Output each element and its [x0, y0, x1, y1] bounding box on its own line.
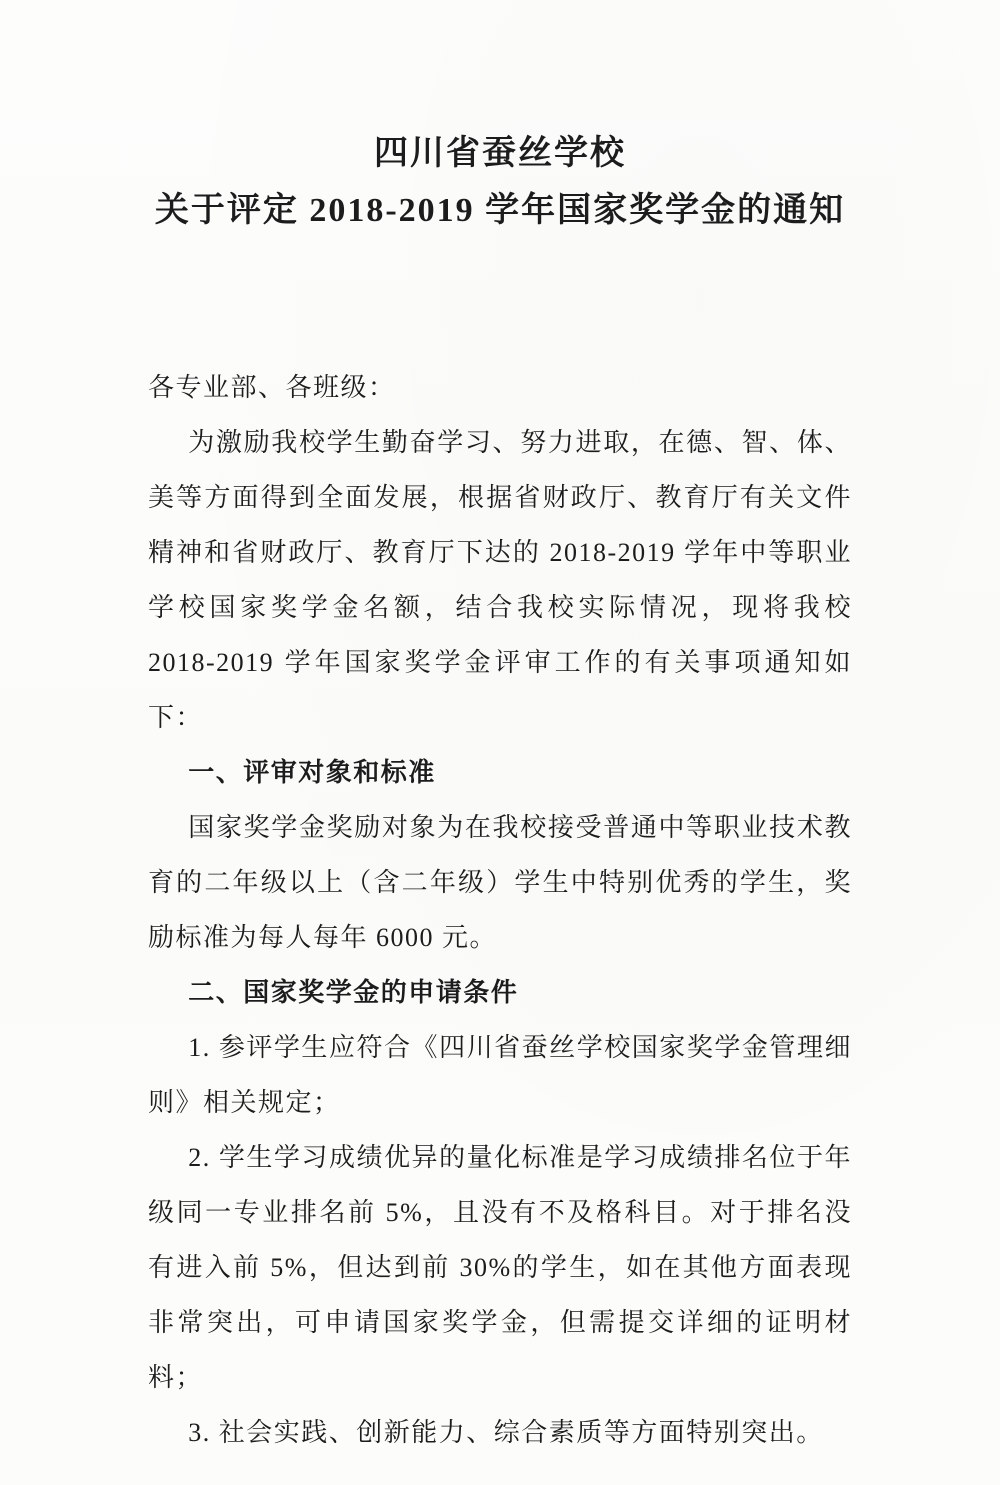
scanned-document-page: 四川省蚕丝学校 关于评定 2018-2019 学年国家奖学金的通知 各专业部、各…: [0, 0, 1000, 1485]
document-title-school-name: 四川省蚕丝学校: [0, 134, 1000, 174]
salutation-line: 各专业部、各班级：: [148, 360, 852, 415]
section-heading-1-review-targets-and-standards: 一、评审对象和标准: [148, 745, 852, 800]
document-title-block: 四川省蚕丝学校 关于评定 2018-2019 学年国家奖学金的通知: [0, 0, 1000, 231]
condition-item-2-academic-ranking: 2. 学生学习成绩优异的量化标准是学习成绩排名位于年级同一专业排名前 5%，且没…: [148, 1130, 852, 1405]
condition-item-3-outstanding-qualities: 3. 社会实践、创新能力、综合素质等方面特别突出。: [148, 1405, 852, 1460]
condition-item-1-management-rules: 1. 参评学生应符合《四川省蚕丝学校国家奖学金管理细则》相关规定；: [148, 1020, 852, 1130]
section-heading-2-application-conditions: 二、国家奖学金的申请条件: [148, 965, 852, 1020]
document-title-subject: 关于评定 2018-2019 学年国家奖学金的通知: [0, 191, 1000, 231]
paragraph-award-target-and-amount: 国家奖学金奖励对象为在我校接受普通中等职业技术教育的二年级以上（含二年级）学生中…: [148, 800, 852, 965]
document-body: 各专业部、各班级： 为激励我校学生勤奋学习、努力进取，在德、智、体、美等方面得到…: [148, 360, 852, 1460]
paragraph-introduction: 为激励我校学生勤奋学习、努力进取，在德、智、体、美等方面得到全面发展，根据省财政…: [148, 415, 852, 745]
